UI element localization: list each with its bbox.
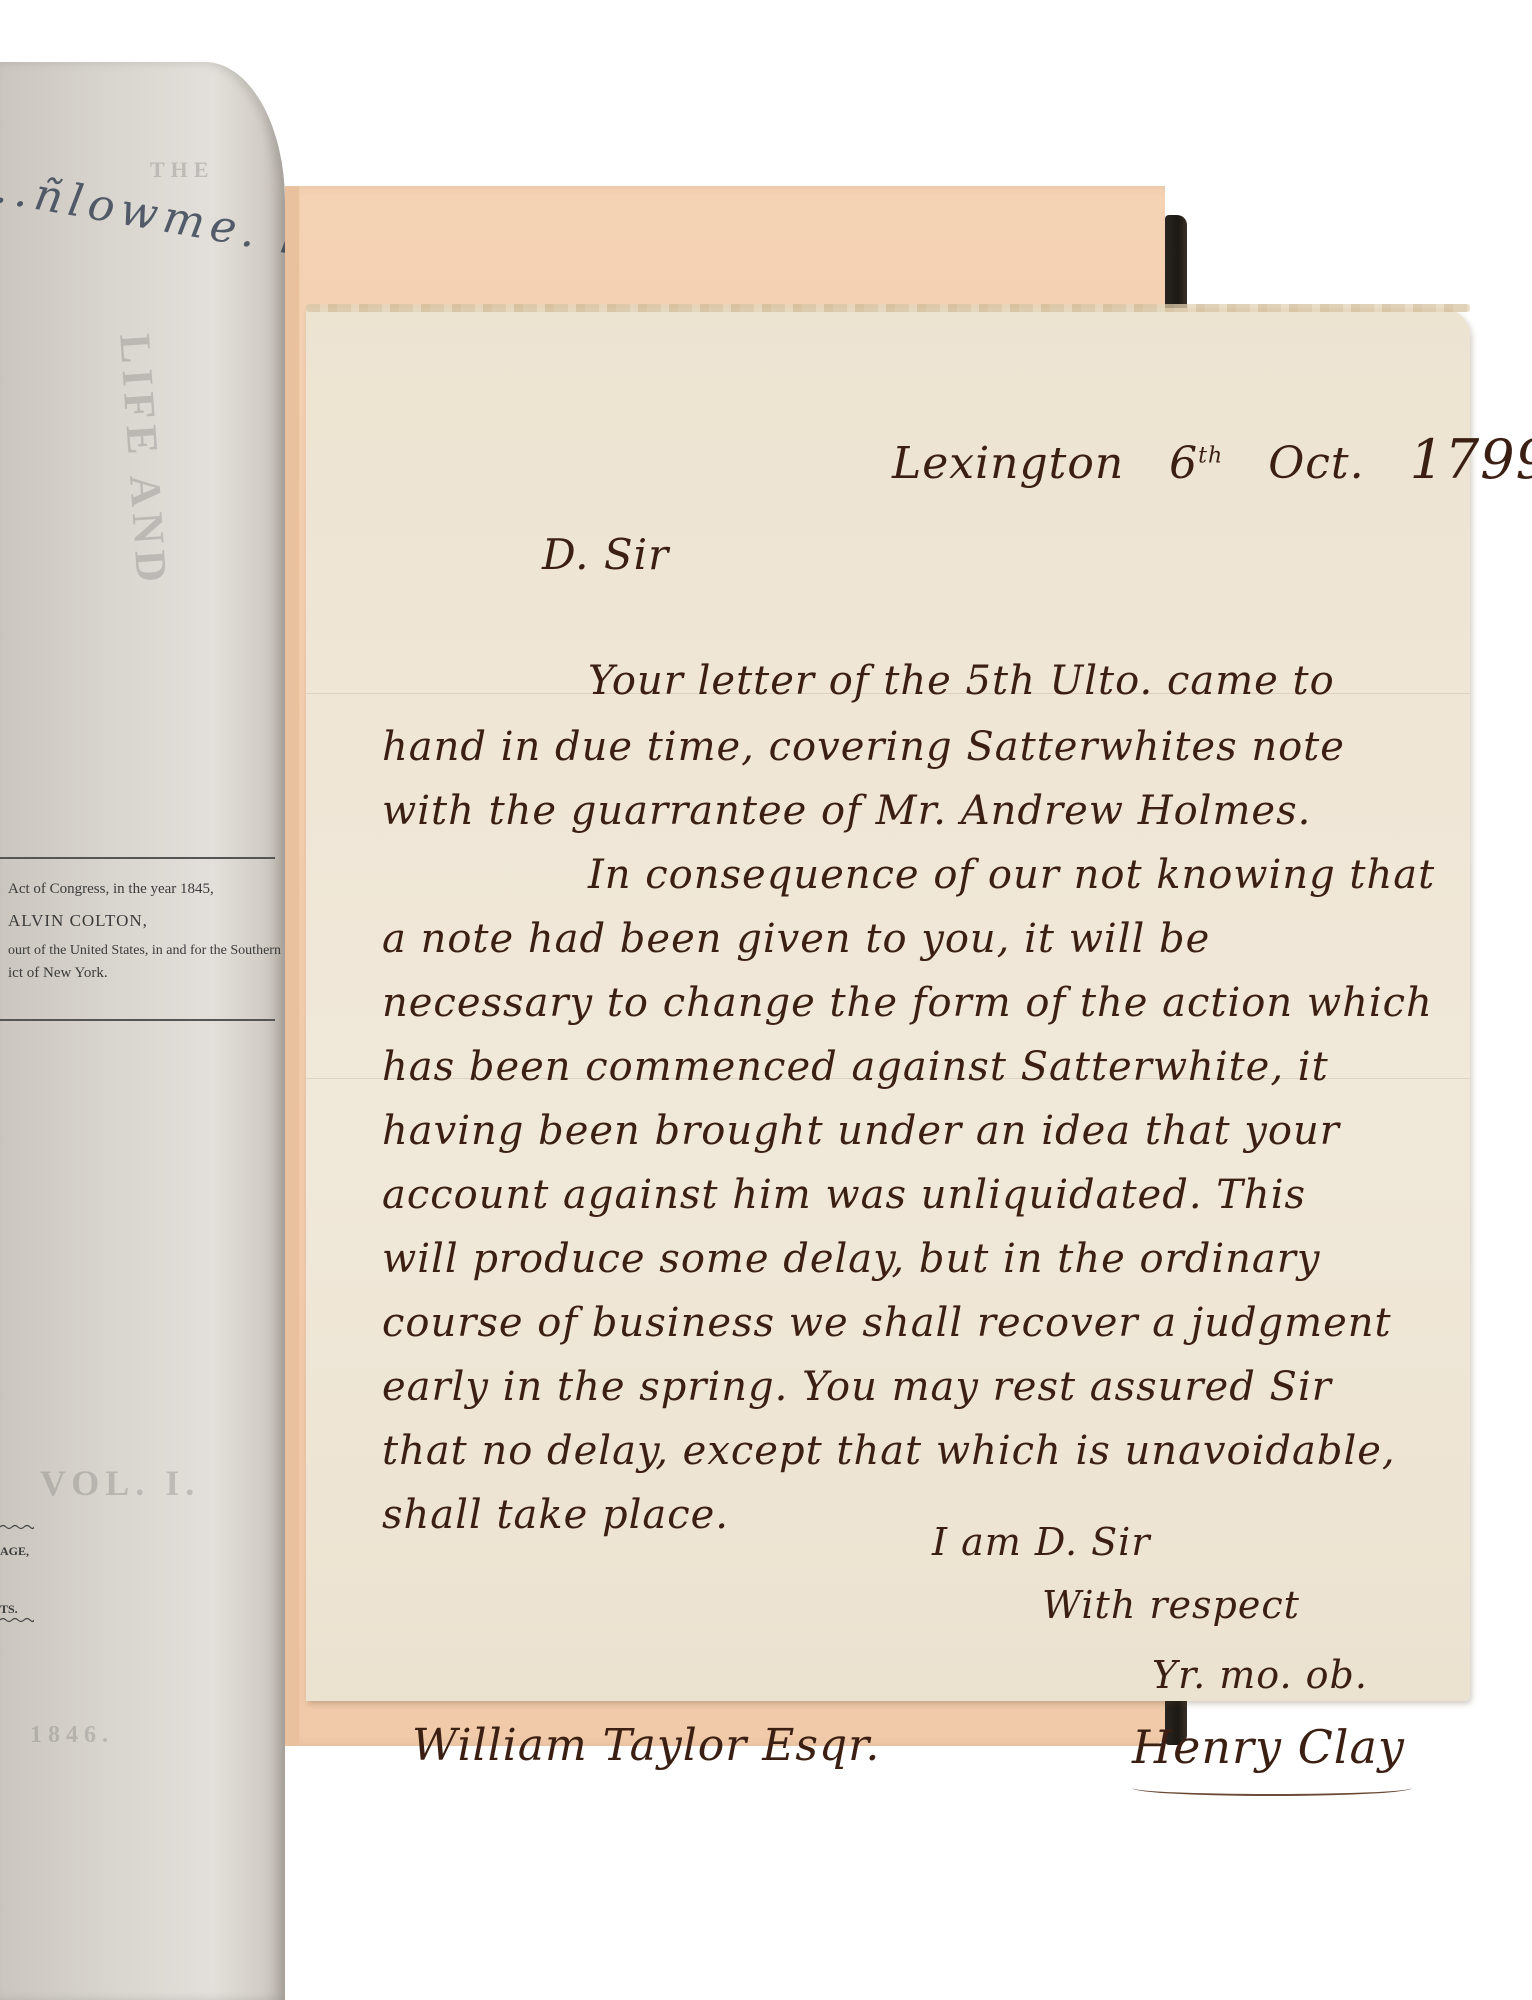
- ghost-title-life: LIFE AND: [109, 332, 178, 590]
- ghost-title-the: THE: [150, 157, 214, 183]
- handwritten-letter: Lexington 6th Oct. 1799 D. Sir Your lett…: [306, 308, 1470, 1701]
- copyright-line-4: ict of New York.: [8, 965, 108, 982]
- body-line-3: with the guarrantee of Mr. Andrew Holmes…: [382, 788, 1311, 834]
- body-line-9: account against him was unliquidated. Th…: [382, 1172, 1306, 1218]
- ghost-year: 1846.: [30, 1722, 114, 1749]
- dateline-place: Lexington: [892, 438, 1124, 489]
- salutation: D. Sir: [542, 530, 669, 579]
- signature-flourish: [1132, 1780, 1412, 1796]
- dateline-year: 1799: [1410, 428, 1532, 491]
- copyright-line-3: ourt of the United States, in and for th…: [8, 943, 281, 959]
- dateline-day-suffix: th: [1198, 443, 1223, 468]
- body-line-11: course of business we shall recover a ju…: [382, 1300, 1392, 1346]
- body-line-1: Your letter of the 5th Ulto. came to: [588, 658, 1335, 704]
- copyright-line-2: ALVIN COLTON,: [8, 911, 148, 931]
- closing-line-3: Yr. mo. ob.: [1152, 1653, 1368, 1697]
- recipient: William Taylor Esqr.: [412, 1720, 880, 1771]
- imprint-fragment-1: AGE,: [0, 1544, 29, 1559]
- body-line-7: has been commenced against Satterwhite, …: [382, 1044, 1329, 1090]
- book-left-page: ..ñlowme. lo THE LIFE AND VOL. I. 1846. …: [0, 62, 285, 2000]
- signature: Henry Clay: [1132, 1720, 1405, 1774]
- dateline-month: Oct.: [1268, 438, 1364, 489]
- body-line-10: will produce some delay, but in the ordi…: [382, 1236, 1320, 1282]
- body-line-13: that no delay, except that which is unav…: [382, 1428, 1396, 1474]
- wavy-rule-icon: [0, 1524, 34, 1530]
- copyright-notice: Act of Congress, in the year 1845, ALVIN…: [0, 857, 275, 1021]
- dateline: Lexington 6th Oct. 1799: [892, 428, 1532, 491]
- page-inscription: ..ñlowme. lo: [0, 162, 286, 271]
- copyright-line-1: Act of Congress, in the year 1845,: [8, 881, 214, 898]
- closing-line-1: I am D. Sir: [932, 1520, 1150, 1564]
- body-line-12: early in the spring. You may rest assure…: [382, 1364, 1332, 1410]
- body-line-8: having been brought under an idea that y…: [382, 1108, 1340, 1154]
- body-line-5: a note had been given to you, it will be: [382, 916, 1210, 962]
- imprint-fragment-2: TS.: [0, 1602, 18, 1617]
- wavy-rule-icon: [0, 1617, 34, 1623]
- ghost-volume: VOL. I.: [40, 1462, 200, 1504]
- body-line-2: hand in due time, covering Satterwhites …: [382, 724, 1345, 770]
- body-line-6: necessary to change the form of the acti…: [382, 980, 1433, 1026]
- mount-gutter-edge: [285, 186, 299, 1746]
- body-line-4: In consequence of our not knowing that: [588, 852, 1435, 898]
- dateline-day: 6: [1169, 438, 1198, 489]
- body-line-14: shall take place.: [382, 1492, 729, 1538]
- closing-line-2: With respect: [1042, 1583, 1300, 1627]
